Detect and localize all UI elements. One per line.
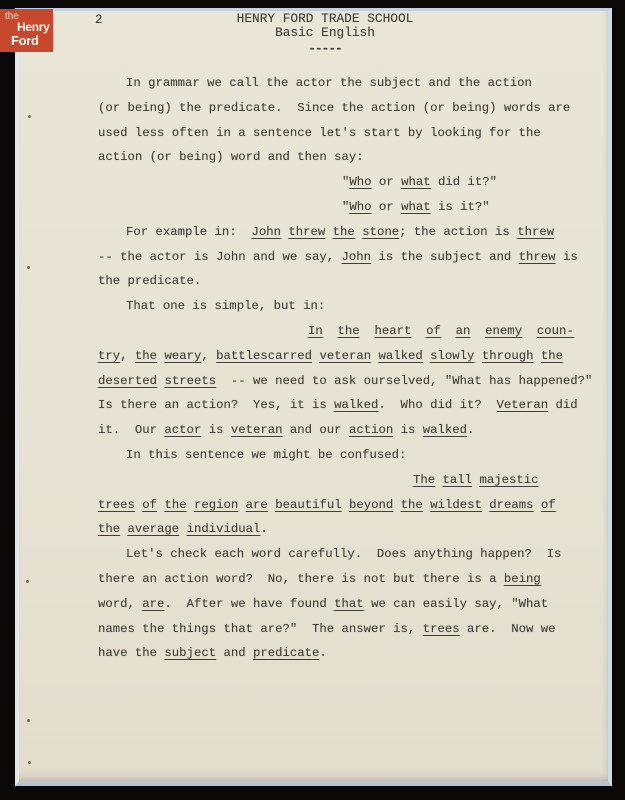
text-line: have the subject and predicate.	[98, 641, 580, 666]
text-line: action (or being) word and then say:	[98, 145, 580, 170]
text-run: did	[548, 398, 578, 412]
text-run: the predicate.	[98, 274, 201, 288]
text-run: ; the action is	[399, 225, 517, 239]
text-run: -- we need to ask ourselved, "What has h…	[216, 374, 592, 388]
underlined-word: average	[128, 522, 180, 536]
underlined-word: the	[401, 498, 423, 512]
underlined-word: threw	[288, 225, 325, 239]
text-run	[522, 324, 537, 338]
paper-speck	[27, 266, 30, 269]
text-run: ,	[201, 349, 216, 363]
underlined-word: enemy	[485, 324, 522, 338]
underlined-word: the	[135, 349, 157, 363]
text-run	[534, 498, 541, 512]
text-line: trees of the region are beautiful beyond…	[98, 493, 580, 518]
underlined-word: dreams	[489, 498, 533, 512]
underlined-word: are	[246, 498, 268, 512]
header-school-name: HENRY FORD TRADE SCHOOL	[230, 12, 420, 26]
text-run: and	[216, 646, 253, 660]
underlined-word: Veteran	[497, 398, 549, 412]
underlined-word: trees	[98, 498, 135, 512]
text-run	[238, 498, 245, 512]
underlined-word: In	[308, 324, 323, 338]
underlined-word: walked	[378, 349, 422, 363]
text-run	[435, 473, 442, 487]
text-run	[360, 324, 375, 338]
header-subtitle: Basic English	[230, 26, 420, 40]
text-run: names the things that are?" The answer i…	[98, 622, 423, 636]
paper-speck	[28, 761, 31, 764]
text-line: The tall majestic	[413, 468, 580, 493]
text-run: or	[372, 200, 402, 214]
text-run	[325, 225, 332, 239]
text-run: For example in:	[126, 225, 251, 239]
text-run: and our	[283, 423, 349, 437]
underlined-word: Who	[349, 200, 371, 214]
underlined-word: an	[456, 324, 471, 338]
text-run: In grammar we call the actor the subject…	[126, 76, 532, 90]
underlined-word: threw	[519, 250, 556, 264]
underlined-word: threw	[517, 225, 554, 239]
text-run	[411, 324, 426, 338]
text-run: used less often in a sentence let's star…	[98, 126, 541, 140]
text-run: is	[556, 250, 578, 264]
text-line: try, the weary, battlescarred veteran wa…	[98, 344, 580, 369]
text-line: Is there an action? Yes, it is walked. W…	[98, 393, 580, 418]
text-run: it. Our	[98, 423, 164, 437]
underlined-word: slowly	[430, 349, 474, 363]
underlined-word: subject	[164, 646, 216, 660]
underlined-word: tall	[443, 473, 473, 487]
underlined-word: heart	[374, 324, 411, 338]
text-run: -- the actor is John and we say,	[98, 250, 342, 264]
underlined-word: beyond	[349, 498, 393, 512]
text-run: (or being) the predicate. Since the acti…	[98, 101, 570, 115]
text-run: Is there an action? Yes, it is	[98, 398, 334, 412]
underlined-word: majestic	[479, 473, 538, 487]
text-run: or	[372, 175, 402, 189]
underlined-word: predicate	[253, 646, 319, 660]
header-rule: -----	[230, 42, 420, 56]
text-line: -- the actor is John and we say, John is…	[98, 245, 580, 270]
text-run: . Who did it?	[378, 398, 496, 412]
underlined-word: John	[342, 250, 372, 264]
text-run: we can easily say, "What	[364, 597, 548, 611]
underlined-word: trees	[423, 622, 460, 636]
underlined-word: individual	[187, 522, 261, 536]
text-run: word,	[98, 597, 142, 611]
text-run: .	[260, 522, 267, 536]
text-line: deserted streets -- we need to ask ourse…	[98, 369, 580, 394]
text-line: used less often in a sentence let's star…	[98, 121, 580, 146]
page-header: HENRY FORD TRADE SCHOOL Basic English --…	[230, 12, 420, 56]
underlined-word: veteran	[231, 423, 283, 437]
text-line: (or being) the predicate. Since the acti…	[98, 96, 580, 121]
text-run: In this sentence we might be confused:	[126, 448, 406, 462]
underlined-word: veteran	[319, 349, 371, 363]
text-run: is	[393, 423, 423, 437]
paper-speck	[26, 580, 29, 583]
text-run: ,	[120, 349, 135, 363]
text-run: That one is simple, but in:	[126, 299, 325, 313]
underlined-word: streets	[164, 374, 216, 388]
underlined-word: battlescarred	[216, 349, 312, 363]
text-run: Let's check each word carefully. Does an…	[126, 547, 561, 561]
text-line: In this sentence we might be confused:	[126, 443, 580, 468]
text-run: there an action word? No, there is not b…	[98, 572, 504, 586]
underlined-word: what	[401, 175, 431, 189]
underlined-word: through	[482, 349, 534, 363]
logo-text-henry: Henry	[17, 20, 50, 34]
paper-speck	[28, 115, 31, 118]
text-line: the average individual.	[98, 517, 580, 542]
text-line: the predicate.	[98, 269, 580, 294]
text-run	[120, 522, 127, 536]
underlined-word: try	[98, 349, 120, 363]
text-run: is it?"	[431, 200, 490, 214]
text-line: In the heart of an enemy coun-	[308, 319, 580, 344]
text-run	[179, 522, 186, 536]
text-line: "Who or what is it?"	[342, 195, 580, 220]
underlined-word: the	[541, 349, 563, 363]
text-run	[342, 498, 349, 512]
underlined-word: stone	[362, 225, 399, 239]
text-run: is	[201, 423, 231, 437]
text-line: word, are. After we have found that we c…	[98, 592, 580, 617]
text-run: . After we have found	[164, 597, 334, 611]
underlined-word: of	[142, 498, 157, 512]
text-line: For example in: John threw the stone; th…	[126, 220, 580, 245]
underlined-word: the	[338, 324, 360, 338]
underlined-word: of	[426, 324, 441, 338]
text-run: .	[467, 423, 474, 437]
underlined-word: John	[251, 225, 281, 239]
underlined-word: being	[504, 572, 541, 586]
underlined-word: wildest	[430, 498, 482, 512]
text-run: did it?"	[431, 175, 497, 189]
underlined-word: action	[349, 423, 393, 437]
text-run: are. Now we	[460, 622, 556, 636]
text-run	[393, 498, 400, 512]
underlined-word: region	[194, 498, 238, 512]
underlined-word: weary	[164, 349, 201, 363]
underlined-word: the	[98, 522, 120, 536]
underlined-word: deserted	[98, 374, 157, 388]
text-line: Let's check each word carefully. Does an…	[126, 542, 580, 567]
underlined-word: The	[413, 473, 435, 487]
text-run	[323, 324, 338, 338]
logo-text-ford: Ford	[11, 33, 39, 48]
text-run	[533, 349, 540, 363]
underlined-word: Who	[349, 175, 371, 189]
page-number: 2	[95, 13, 103, 27]
text-line: there an action word? No, there is not b…	[98, 567, 580, 592]
underlined-word: the	[333, 225, 355, 239]
text-run	[470, 324, 485, 338]
text-line: names the things that are?" The answer i…	[98, 617, 580, 642]
text-line: That one is simple, but in:	[126, 294, 580, 319]
underlined-word: coun-	[537, 324, 574, 338]
document-body: In grammar we call the actor the subject…	[98, 71, 580, 666]
underlined-word: actor	[164, 423, 201, 437]
text-line: In grammar we call the actor the subject…	[126, 71, 580, 96]
paper-speck	[27, 719, 30, 722]
underlined-word: are	[142, 597, 164, 611]
underlined-word: walked	[334, 398, 378, 412]
text-run: .	[319, 646, 326, 660]
text-run: is the subject and	[371, 250, 519, 264]
underlined-word: walked	[423, 423, 467, 437]
text-run	[474, 349, 481, 363]
underlined-word: beautiful	[275, 498, 341, 512]
text-run: have the	[98, 646, 164, 660]
text-run	[187, 498, 194, 512]
underlined-word: the	[164, 498, 186, 512]
henry-ford-logo: the Henry Ford	[0, 9, 53, 52]
text-run	[441, 324, 456, 338]
underlined-word: that	[334, 597, 364, 611]
text-line: "Who or what did it?"	[342, 170, 580, 195]
underlined-word: of	[541, 498, 556, 512]
underlined-word: what	[401, 200, 431, 214]
text-line: it. Our actor is veteran and our action …	[98, 418, 580, 443]
text-run: action (or being) word and then say:	[98, 150, 364, 164]
scan-frame: the Henry Ford 2 HENRY FORD TRADE SCHOOL…	[0, 0, 625, 800]
